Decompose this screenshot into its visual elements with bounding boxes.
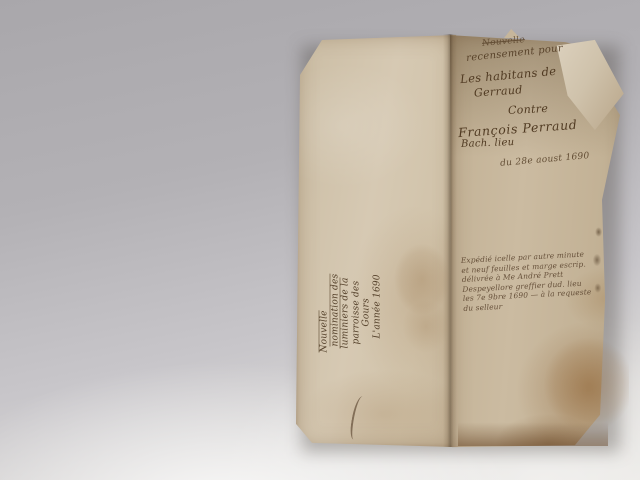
cover-line-date: du 28e aoust 1690 bbox=[500, 151, 590, 169]
cover-title-block: Nouvelle recensement pour Les habitans d… bbox=[458, 40, 626, 180]
spine-line: luminiers de la bbox=[341, 226, 352, 352]
spine-note-block: Nouvelle nomination des luminiers de la … bbox=[320, 226, 383, 352]
cover-line: Les habitans de bbox=[460, 64, 557, 86]
cover-line-contre: Contre bbox=[508, 102, 549, 117]
spine-line: Gours bbox=[362, 226, 373, 352]
spine-line: Nouvelle bbox=[320, 226, 331, 352]
spine-line: nomination des bbox=[330, 226, 341, 352]
spine-line-year: L'année 1690 bbox=[372, 226, 383, 352]
spine-line: parroisse des bbox=[351, 226, 362, 352]
spine-note-wrap: Nouvelle nomination des luminiers de la … bbox=[288, 226, 414, 352]
cover-line: Bach. lieu bbox=[461, 137, 515, 150]
cover-line: Gerraud bbox=[474, 83, 523, 99]
cover-line: recensement pour bbox=[466, 43, 564, 64]
cover-line-name: François Perraud bbox=[458, 117, 578, 140]
photo-canvas: Nouvelle recensement pour Les habitans d… bbox=[0, 0, 640, 480]
docket-note-block: Expédié icelle par autre minute et neuf … bbox=[461, 248, 616, 313]
fold-crease bbox=[443, 34, 457, 447]
